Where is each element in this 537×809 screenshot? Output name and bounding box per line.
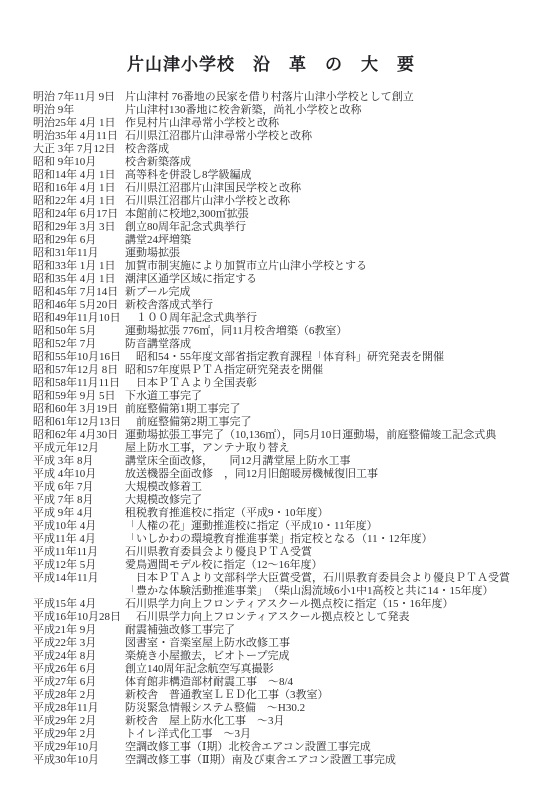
entry-text: １００周年記念式典挙行 <box>125 312 529 325</box>
history-entry: 昭和61年12月13日 前庭整備第2期工事完了 <box>33 416 529 429</box>
history-entry: 昭和 9年10月 校舎新築落成 <box>33 156 529 169</box>
entry-text: 加賀市制実施により加賀市立片山津小学校とする <box>125 260 529 273</box>
entry-text: 空調改修工事（Ⅰ期）北校舎エアコン設置工事完成 <box>125 741 529 754</box>
history-entry: 平成 7年 8月 大規模改修完了 <box>33 494 529 507</box>
history-entry: 昭和62年 4月30日 運動場拡張工事完了（10,136㎡），同5月10日運動場… <box>33 429 529 442</box>
entry-text: 石川県江沼郡片山津国民学校と改称 <box>125 182 529 195</box>
history-entry: 平成29年10月 空調改修工事（Ⅰ期）北校舎エアコン設置工事完成 <box>33 741 529 754</box>
entry-date: 昭和60年 3月19日 <box>33 403 125 416</box>
entry-date: 平成27年 6月 <box>33 676 125 689</box>
entry-date: 昭和62年 4月30日 <box>33 429 125 442</box>
entry-text: 片山津村 76番地の民家を借り村落片山津小学校として創立 <box>125 91 529 104</box>
entry-text: 昭和54・55年度文部省指定教育課程「体育科」研究発表を開催 <box>125 351 529 364</box>
entry-text: 大規模改修着工 <box>125 481 529 494</box>
entry-date: 昭和52年 7月 <box>33 338 125 351</box>
entry-date: 平成 6年 7月 <box>33 481 125 494</box>
history-entry: 平成27年 6月 体育館非構造部材耐震工事 ～8/4 <box>33 676 529 689</box>
history-entry: 平成 3年 8月 講堂床全面改修， 同12月講堂屋上防水工事 <box>33 455 529 468</box>
entry-date: 昭和22年 4月 1日 <box>33 195 125 208</box>
entry-date: 昭和29年 6月 <box>33 234 125 247</box>
entry-date: 平成11年11月 <box>33 546 125 559</box>
entry-text: 日本ＰＴＡより全国表彰 <box>125 377 529 390</box>
entry-date: 平成16年10月28日 <box>33 611 125 624</box>
history-entry: 明治 9年 片山津村130番地に校舎新築，尚礼小学校と改称 <box>33 104 529 117</box>
entry-date: 平成26年 6月 <box>33 663 125 676</box>
history-entry: 平成10年 4月 「人権の花」運動推進校に指定（平成10・11年度） <box>33 520 529 533</box>
entry-date: 平成元年12月 <box>33 442 125 455</box>
entry-date: 昭和33年 1月 1日 <box>33 260 125 273</box>
history-entry: 昭和16年 4月 1日 石川県江沼郡片山津国民学校と改称 <box>33 182 529 195</box>
entry-date: 昭和 9年10月 <box>33 156 125 169</box>
entry-date: 平成29年10月 <box>33 741 125 754</box>
entry-date: 昭和16年 4月 1日 <box>33 182 125 195</box>
entry-date: 平成21年 9月 <box>33 624 125 637</box>
entry-date: 昭和61年12月13日 <box>33 416 125 429</box>
entry-date: 平成 7年 8月 <box>33 494 125 507</box>
history-entry: 昭和52年 7月 防音講堂落成 <box>33 338 529 351</box>
entry-date: 昭和24年 6月17日 <box>33 208 125 221</box>
entry-text: 講堂床全面改修， 同12月講堂屋上防水工事 <box>125 455 529 468</box>
history-entry: 平成11年11月 石川県教育委員会より優良ＰＴＡ受賞 <box>33 546 529 559</box>
entry-text: 石川県学力向上フロンティアスクール拠点校に指定（15・16年度） <box>125 598 529 611</box>
entry-text: 大規模改修完了 <box>125 494 529 507</box>
history-entry: 平成29年 2月 新校舎 屋上防水化工事 ～3月 <box>33 715 529 728</box>
entry-date: 昭和35年 4月 1日 <box>33 273 125 286</box>
entry-text: 高等科を併設し8学級編成 <box>125 169 529 182</box>
entry-text: 石川県江沼郡片山津尋常小学校と改称 <box>125 130 529 143</box>
entry-text: 前庭整備第1期工事完了 <box>125 403 529 416</box>
entry-text: 昭和57年度県ＰＴＡ指定研究発表を開催 <box>125 364 529 377</box>
entry-date: 昭和14年 4月 1日 <box>33 169 125 182</box>
history-entry: 昭和46年 5月20日 新校舎落成式挙行 <box>33 299 529 312</box>
entry-date: 平成30年10月 <box>33 754 125 767</box>
history-entry: 平成21年 9月 耐震補強改修工事完了 <box>33 624 529 637</box>
entry-date: 昭和31年11月 <box>33 247 125 260</box>
entry-date: 明治 9年 <box>33 104 125 117</box>
history-entry: 平成11年 4月 「いしかわの環境教育推進事業」指定校となる（11・12年度） <box>33 533 529 546</box>
entry-date: 昭和49年11月10日 <box>33 312 125 325</box>
history-entry: 昭和55年10月16日 昭和54・55年度文部省指定教育課程「体育科」研究発表を… <box>33 351 529 364</box>
entry-text: 新校舎 屋上防水化工事 ～3月 <box>125 715 529 728</box>
entry-text: 新校舎落成式挙行 <box>125 299 529 312</box>
entry-text: 石川県江沼郡片山津小学校と改称 <box>125 195 529 208</box>
history-entry: 昭和33年 1月 1日 加賀市制実施により加賀市立片山津小学校とする <box>33 260 529 273</box>
entry-date: 平成11年 4月 <box>33 533 125 546</box>
entry-date: 昭和57年12月 8日 <box>33 364 125 377</box>
entry-text: 校舎新築落成 <box>125 156 529 169</box>
history-entry: 平成15年 4月 石川県学力向上フロンティアスクール拠点校に指定（15・16年度… <box>33 598 529 611</box>
entry-text: 「豊かな体験活動推進事業」 （柴山潟流域6小1中1高校と共に14・15年度） <box>125 585 529 598</box>
entry-date: 明治 7年11月 9日 <box>33 91 125 104</box>
entry-text: 講堂24坪増築 <box>125 234 529 247</box>
entry-text: 「人権の花」運動推進校に指定（平成10・11年度） <box>125 520 529 533</box>
history-entry: 平成16年10月28日 石川県学力向上フロンティアスクール拠点校として発表 <box>33 611 529 624</box>
entry-text: 愛鳥週間モデル校に指定（12～16年度） <box>125 559 529 572</box>
entry-date: 昭和29年 3月 3日 <box>33 221 125 234</box>
entry-text: 防災緊急情報システム整備 ～H30.2 <box>125 702 529 715</box>
entry-text: 前庭整備第2期工事完了 <box>125 416 529 429</box>
history-entry: 明治25年 4月 1日 作見村片山津尋常小学校と改称 <box>33 117 529 130</box>
history-entry: 平成24年 8月 楽焼き小屋撤去，ビオトープ完成 <box>33 650 529 663</box>
history-entry: 平成26年 6月 創立140周年記念航空写真撮影 <box>33 663 529 676</box>
entry-text: 体育館非構造部材耐震工事 ～8/4 <box>125 676 529 689</box>
entry-text: 石川県教育委員会より優良ＰＴＡ受賞 <box>125 546 529 559</box>
entry-text: 放送機器全面改修 ，同12月旧館暖房機械復旧工事 <box>125 468 529 481</box>
entry-date: 平成22年 3月 <box>33 637 125 650</box>
entry-text: 潮津区通学区域に指定する <box>125 273 529 286</box>
entry-date: 平成12年 5月 <box>33 559 125 572</box>
history-entry: 昭和35年 4月 1日 潮津区通学区域に指定する <box>33 273 529 286</box>
entry-date: 平成28年 2月 <box>33 689 125 702</box>
history-entry: 明治35年 4月11日 石川県江沼郡片山津尋常小学校と改称 <box>33 130 529 143</box>
entry-date: 明治25年 4月 1日 <box>33 117 125 130</box>
history-entry: 平成30年10月 空調改修工事（Ⅱ期）南及び東舎エアコン設置工事完成 <box>33 754 529 767</box>
entry-date: 平成10年 4月 <box>33 520 125 533</box>
entry-text: 本館前に校地2,300㎡拡張 <box>125 208 529 221</box>
history-entry: 昭和50年 5月 運動場拡張 776㎡，同11月校舎増築（6教室） <box>33 325 529 338</box>
history-entry: 昭和49年11月10日 １００周年記念式典挙行 <box>33 312 529 325</box>
entry-date: 平成 3年 8月 <box>33 455 125 468</box>
entry-date: 大正 3年 7月12日 <box>33 143 125 156</box>
history-entry: 明治 7年11月 9日 片山津村 76番地の民家を借り村落片山津小学校として創立 <box>33 91 529 104</box>
history-entry: 昭和29年 6月 講堂24坪増築 <box>33 234 529 247</box>
entry-text: 下水道工事完了 <box>125 390 529 403</box>
entry-text: 片山津村130番地に校舎新築，尚礼小学校と改称 <box>125 104 529 117</box>
entry-text: トイレ洋式化工事 ～3月 <box>125 728 529 741</box>
entry-date: 昭和59年 9月 5日 <box>33 390 125 403</box>
entry-text: 新プール完成 <box>125 286 529 299</box>
history-entry: 平成 6年 7月 大規模改修着工 <box>33 481 529 494</box>
entry-text: 楽焼き小屋撤去，ビオトープ完成 <box>125 650 529 663</box>
entry-date: 平成 9年 4月 <box>33 507 125 520</box>
entry-date: 平成14年11月 <box>33 572 125 585</box>
entry-date: 昭和58年11月11日 <box>33 377 125 390</box>
history-entry: 「豊かな体験活動推進事業」 （柴山潟流域6小1中1高校と共に14・15年度） <box>33 585 529 598</box>
history-entry: 昭和45年 7月14日 新プール完成 <box>33 286 529 299</box>
history-entry: 昭和59年 9月 5日 下水道工事完了 <box>33 390 529 403</box>
history-entry: 大正 3年 7月12日 校舎落成 <box>33 143 529 156</box>
entry-text: 耐震補強改修工事完了 <box>125 624 529 637</box>
entry-date: 平成24年 8月 <box>33 650 125 663</box>
history-entry: 平成 4年10月 放送機器全面改修 ，同12月旧館暖房機械復旧工事 <box>33 468 529 481</box>
entry-date: 平成28年11月 <box>33 702 125 715</box>
entry-text: 空調改修工事（Ⅱ期）南及び東舎エアコン設置工事完成 <box>125 754 529 767</box>
history-entry: 昭和24年 6月17日 本館前に校地2,300㎡拡張 <box>33 208 529 221</box>
history-entry: 平成28年11月 防災緊急情報システム整備 ～H30.2 <box>33 702 529 715</box>
entry-text: 校舎落成 <box>125 143 529 156</box>
history-entry: 平成元年12月 屋上防水工事，アンテナ取り替え <box>33 442 529 455</box>
history-entry: 平成 9年 4月 租税教育推進校に指定（平成9・10年度） <box>33 507 529 520</box>
entry-text: 防音講堂落成 <box>125 338 529 351</box>
history-entry: 昭和29年 3月 3日 創立80周年記念式典挙行 <box>33 221 529 234</box>
entry-text: 新校舎 普通教室ＬＥＤ化工事（3教室） <box>125 689 529 702</box>
entry-text: 「いしかわの環境教育推進事業」指定校となる（11・12年度） <box>125 533 529 546</box>
entry-text: 石川県学力向上フロンティアスクール拠点校として発表 <box>125 611 529 624</box>
entry-date: 昭和55年10月16日 <box>33 351 125 364</box>
entry-date: 平成15年 4月 <box>33 598 125 611</box>
history-list: 明治 7年11月 9日 片山津村 76番地の民家を借り村落片山津小学校として創立… <box>33 91 529 767</box>
entry-text: 屋上防水工事，アンテナ取り替え <box>125 442 529 455</box>
entry-text: 運動場拡張 776㎡，同11月校舎増築（6教室） <box>125 325 529 338</box>
history-entry: 平成28年 2月 新校舎 普通教室ＬＥＤ化工事（3教室） <box>33 689 529 702</box>
history-entry: 昭和57年12月 8日 昭和57年度県ＰＴＡ指定研究発表を開催 <box>33 364 529 377</box>
entry-text: 租税教育推進校に指定（平成9・10年度） <box>125 507 529 520</box>
history-entry: 昭和14年 4月 1日 高等科を併設し8学級編成 <box>33 169 529 182</box>
entry-date: 平成29年 2月 <box>33 715 125 728</box>
history-entry: 平成22年 3月 図書室・音楽室屋上防水改修工事 <box>33 637 529 650</box>
entry-date: 昭和50年 5月 <box>33 325 125 338</box>
history-entry: 平成12年 5月 愛鳥週間モデル校に指定（12～16年度） <box>33 559 529 572</box>
history-entry: 昭和60年 3月19日 前庭整備第1期工事完了 <box>33 403 529 416</box>
entry-text: 運動場拡張 <box>125 247 529 260</box>
history-entry: 平成29年 2月 トイレ洋式化工事 ～3月 <box>33 728 529 741</box>
entry-text: 運動場拡張工事完了（10,136㎡），同5月10日運動場，前庭整備竣工記念式典 <box>125 429 529 442</box>
history-entry: 昭和58年11月11日 日本ＰＴＡより全国表彰 <box>33 377 529 390</box>
entry-date: 昭和45年 7月14日 <box>33 286 125 299</box>
entry-date: 明治35年 4月11日 <box>33 130 125 143</box>
entry-text: 創立140周年記念航空写真撮影 <box>125 663 529 676</box>
history-entry: 平成14年11月 日本ＰＴＡより文部科学大臣賞受賞，石川県教育委員会より優良ＰＴ… <box>33 572 529 585</box>
page-title: 片山津小学校 沿 革 の 大 要 <box>33 50 509 75</box>
history-entry: 昭和31年11月 運動場拡張 <box>33 247 529 260</box>
entry-date: 平成29年 2月 <box>33 728 125 741</box>
entry-date: 昭和46年 5月20日 <box>33 299 125 312</box>
history-entry: 昭和22年 4月 1日 石川県江沼郡片山津小学校と改称 <box>33 195 529 208</box>
entry-text: 図書室・音楽室屋上防水改修工事 <box>125 637 529 650</box>
entry-text: 作見村片山津尋常小学校と改称 <box>125 117 529 130</box>
document-page: 片山津小学校 沿 革 の 大 要 明治 7年11月 9日 片山津村 76番地の民… <box>0 0 537 809</box>
entry-text: 日本ＰＴＡより文部科学大臣賞受賞，石川県教育委員会より優良ＰＴＡ受賞 <box>125 572 529 585</box>
entry-text: 創立80周年記念式典挙行 <box>125 221 529 234</box>
entry-date: 平成 4年10月 <box>33 468 125 481</box>
